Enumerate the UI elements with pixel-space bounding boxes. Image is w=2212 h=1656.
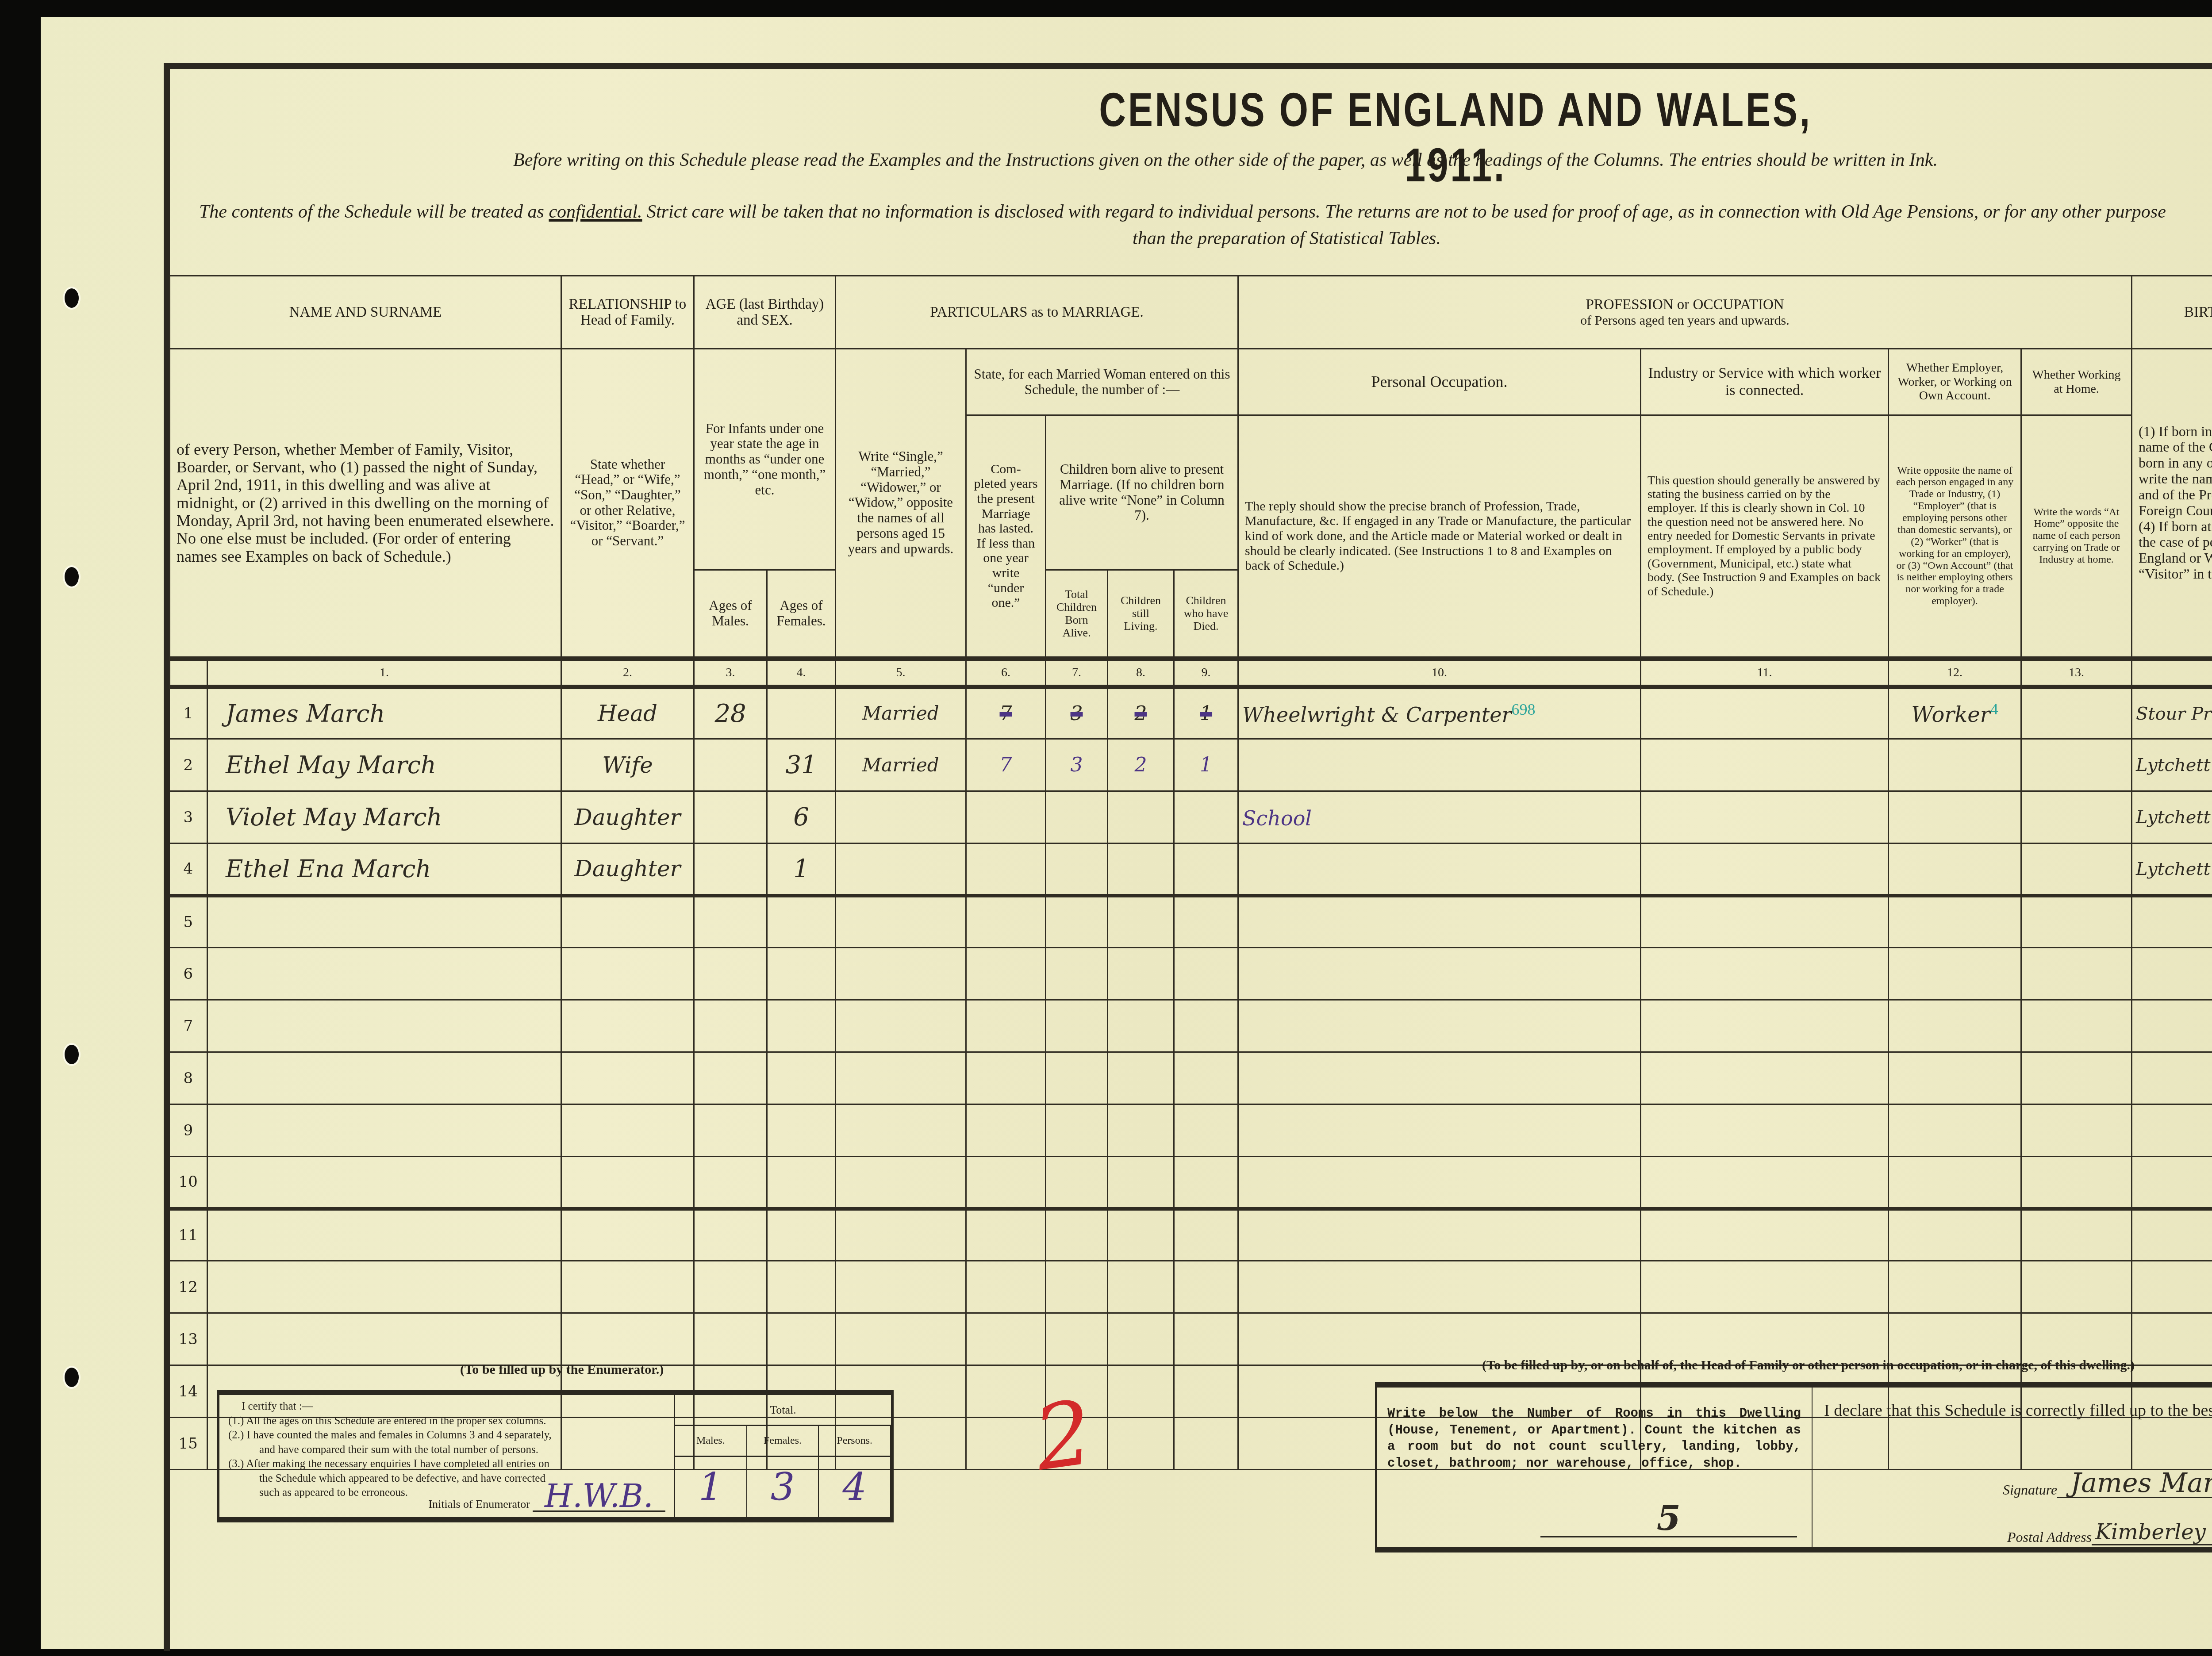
condition-instructions: Write “Single,” “Married,” “Widower,” or… bbox=[836, 349, 966, 659]
at-home-cell[interactable] bbox=[2021, 948, 2132, 1000]
marriage-years-instructions: Com- pleted years the present Marriage h… bbox=[966, 415, 1046, 659]
age-male-cell[interactable]: 28 bbox=[694, 687, 767, 739]
children-died-cell[interactable]: 1 bbox=[1174, 687, 1238, 739]
age-female-cell[interactable] bbox=[767, 1261, 836, 1313]
employer-status-cell[interactable] bbox=[1889, 1000, 2021, 1052]
condition-cell[interactable] bbox=[836, 1052, 966, 1104]
home-instructions: Write the words “At Home” opposite the n… bbox=[2021, 415, 2132, 659]
birthplace-cell[interactable] bbox=[2132, 896, 2212, 948]
condition-cell[interactable] bbox=[836, 1157, 966, 1209]
instruction-line: Before writing on this Schedule please r… bbox=[513, 149, 1938, 171]
marriage-years-cell[interactable] bbox=[966, 1104, 1046, 1157]
header-age: AGE (last Birthday) and SEX. bbox=[694, 276, 836, 349]
table-row: 4Ethel Ena MarchDaughter1Lytchett Matrav… bbox=[170, 843, 2212, 896]
occupation-cell[interactable] bbox=[1238, 1104, 1641, 1157]
age-male-cell[interactable] bbox=[694, 1313, 767, 1365]
occupation-cell[interactable] bbox=[1238, 948, 1641, 1000]
relationship-cell[interactable] bbox=[561, 948, 694, 1000]
header-ages-males: Ages of Males. bbox=[694, 570, 767, 659]
declaration-text: I declare that this Schedule is correctl… bbox=[1824, 1401, 2212, 1420]
industry-instructions: This question should generally be answer… bbox=[1641, 415, 1889, 659]
birthplace-cell[interactable] bbox=[2132, 1000, 2212, 1052]
children-born-cell[interactable] bbox=[1046, 843, 1108, 896]
occupation-cell[interactable] bbox=[1238, 1052, 1641, 1104]
at-home-cell[interactable] bbox=[2021, 1052, 2132, 1104]
age-male-cell[interactable] bbox=[694, 1052, 767, 1104]
children-instructions: Children born alive to present Marriage.… bbox=[1046, 415, 1238, 570]
punch-hole bbox=[63, 1043, 81, 1066]
children-living-cell[interactable] bbox=[1108, 948, 1174, 1000]
total-persons-field[interactable]: 4 bbox=[819, 1457, 891, 1517]
birthplace-cell[interactable]: Stour Provost Dorset bbox=[2132, 687, 2212, 739]
header-industry: Industry or Service with which worker is… bbox=[1641, 349, 1889, 415]
children-living-cell[interactable] bbox=[1108, 1104, 1174, 1157]
employer-status-cell[interactable] bbox=[1889, 1104, 2021, 1157]
table-row: 6 bbox=[170, 948, 2212, 1000]
relationship-cell[interactable]: Wife bbox=[561, 739, 694, 791]
children-living-cell[interactable] bbox=[1108, 1261, 1174, 1313]
children-living-cell[interactable] bbox=[1108, 1052, 1174, 1104]
occupation-instructions: The reply should show the precise branch… bbox=[1238, 415, 1641, 659]
table-row: 9 bbox=[170, 1104, 2212, 1157]
children-living-cell[interactable] bbox=[1108, 1000, 1174, 1052]
householder-section-label: (To be filled up by, or on behalf of, th… bbox=[1482, 1358, 2135, 1373]
age-male-cell[interactable] bbox=[694, 791, 767, 843]
total-females-field[interactable]: 3 bbox=[747, 1457, 819, 1517]
total-males-field[interactable]: 1 bbox=[675, 1457, 747, 1517]
name-cell[interactable]: Ethel Ena March bbox=[207, 843, 561, 896]
signature-field[interactable]: James March bbox=[2057, 1469, 2212, 1498]
at-home-cell[interactable] bbox=[2021, 739, 2132, 791]
industry-cell[interactable] bbox=[1641, 1000, 1889, 1052]
children-born-cell[interactable] bbox=[1046, 1313, 1108, 1365]
children-died-cell[interactable] bbox=[1174, 948, 1238, 1000]
condition-cell[interactable] bbox=[836, 1313, 966, 1365]
employer-status-cell[interactable] bbox=[1889, 739, 2021, 791]
row-number: 8 bbox=[170, 1052, 207, 1104]
occupation-cell[interactable] bbox=[1238, 843, 1641, 896]
name-cell[interactable]: Violet May March bbox=[207, 791, 561, 843]
table-row: 7 bbox=[170, 1000, 2212, 1052]
person-rows: 1James MarchHead28Married7321Wheelwright… bbox=[170, 687, 2212, 1470]
relationship-cell[interactable] bbox=[561, 1313, 694, 1365]
age-female-cell[interactable] bbox=[767, 948, 836, 1000]
table-row: 5 bbox=[170, 896, 2212, 948]
age-female-cell[interactable] bbox=[767, 1157, 836, 1209]
marriage-years-cell[interactable] bbox=[966, 896, 1046, 948]
row-number: 9 bbox=[170, 1104, 207, 1157]
age-female-cell[interactable] bbox=[767, 687, 836, 739]
children-died-cell[interactable] bbox=[1174, 1418, 1238, 1470]
relationship-cell[interactable] bbox=[561, 1157, 694, 1209]
name-cell[interactable] bbox=[207, 1261, 561, 1313]
age-male-cell[interactable] bbox=[694, 896, 767, 948]
children-living-cell[interactable] bbox=[1108, 843, 1174, 896]
birthplace-cell[interactable] bbox=[2132, 1104, 2212, 1157]
row-number: 12 bbox=[170, 1261, 207, 1313]
occupation-cell[interactable]: School bbox=[1238, 791, 1641, 843]
occupation-cell[interactable] bbox=[1238, 1313, 1641, 1365]
age-male-cell[interactable] bbox=[694, 1104, 767, 1157]
condition-cell[interactable] bbox=[836, 1261, 966, 1313]
children-died-cell[interactable] bbox=[1174, 1209, 1238, 1261]
at-home-cell[interactable] bbox=[2021, 687, 2132, 739]
occupation-cell[interactable] bbox=[1238, 896, 1641, 948]
punch-hole bbox=[63, 1366, 81, 1389]
relationship-cell[interactable]: Daughter bbox=[561, 791, 694, 843]
industry-cell[interactable] bbox=[1641, 687, 1889, 739]
children-living-cell[interactable] bbox=[1108, 896, 1174, 948]
employer-status-cell[interactable]: Worker4 bbox=[1889, 687, 2021, 739]
table-row: 1James MarchHead28Married7321Wheelwright… bbox=[170, 687, 2212, 739]
row-number: 6 bbox=[170, 948, 207, 1000]
age-female-cell[interactable] bbox=[767, 1209, 836, 1261]
confidential-emphasis: confidential. bbox=[549, 202, 642, 222]
at-home-cell[interactable] bbox=[2021, 1261, 2132, 1313]
header-still-living: Children still Living. bbox=[1108, 570, 1174, 659]
header-total-born: Total Children Born Alive. bbox=[1046, 570, 1108, 659]
children-living-cell[interactable] bbox=[1108, 1209, 1174, 1261]
relationship-cell[interactable]: Daughter bbox=[561, 843, 694, 896]
enumerator-section-label: (To be filled up by the Enumerator.) bbox=[460, 1362, 664, 1377]
age-female-cell[interactable]: 6 bbox=[767, 791, 836, 843]
name-cell[interactable] bbox=[207, 1000, 561, 1052]
name-cell[interactable] bbox=[207, 1209, 561, 1261]
employer-status-cell[interactable] bbox=[1889, 948, 2021, 1000]
children-died-cell[interactable] bbox=[1174, 1157, 1238, 1209]
employer-status-cell[interactable] bbox=[1889, 1052, 2021, 1104]
column-numbers-row: 1. 2. 3. 4. 5. 6. 7. 8. 9. 10. 11. 12. 1… bbox=[170, 659, 2212, 687]
age-male-cell[interactable] bbox=[694, 948, 767, 1000]
at-home-cell[interactable] bbox=[2021, 896, 2132, 948]
rooms-section: Write below the Number of Rooms in this … bbox=[1377, 1388, 1813, 1547]
age-male-cell[interactable] bbox=[694, 1209, 767, 1261]
age-female-cell[interactable] bbox=[767, 896, 836, 948]
birthplace-cell[interactable]: Lytchett Matravers Dorset bbox=[2132, 843, 2212, 896]
row-number: 7 bbox=[170, 1000, 207, 1052]
birthplace-cell[interactable]: Lytchett Matravers Dorset bbox=[2132, 791, 2212, 843]
name-cell[interactable] bbox=[207, 896, 561, 948]
relationship-cell[interactable] bbox=[561, 1261, 694, 1313]
employer-status-cell[interactable] bbox=[1889, 791, 2021, 843]
header-occupation: PROFESSION or OCCUPATIONof Persons aged … bbox=[1238, 276, 2132, 349]
name-cell[interactable]: Ethel May March bbox=[207, 739, 561, 791]
children-born-cell[interactable] bbox=[1046, 948, 1108, 1000]
children-born-cell[interactable]: 3 bbox=[1046, 739, 1108, 791]
condition-cell[interactable] bbox=[836, 896, 966, 948]
relationship-instructions: State whether “Head,” or “Wife,” “Son,” … bbox=[561, 349, 694, 659]
industry-cell[interactable] bbox=[1641, 1104, 1889, 1157]
age-female-cell[interactable] bbox=[767, 1104, 836, 1157]
table-row: 13 bbox=[170, 1313, 2212, 1365]
row-number: 3 bbox=[170, 791, 207, 843]
employer-instructions: Write opposite the name of each person e… bbox=[1889, 415, 2021, 659]
table-row: 12 bbox=[170, 1261, 2212, 1313]
children-living-cell[interactable]: 2 bbox=[1108, 739, 1174, 791]
relationship-cell[interactable] bbox=[561, 1052, 694, 1104]
householder-declaration: Write below the Number of Rooms in this … bbox=[1375, 1382, 2212, 1552]
age-male-cell[interactable] bbox=[694, 1000, 767, 1052]
relationship-cell[interactable] bbox=[561, 896, 694, 948]
children-died-cell[interactable] bbox=[1174, 1104, 1238, 1157]
name-cell[interactable] bbox=[207, 1157, 561, 1209]
age-female-cell[interactable] bbox=[767, 1052, 836, 1104]
age-female-cell[interactable]: 1 bbox=[767, 843, 836, 896]
condition-cell[interactable] bbox=[836, 1104, 966, 1157]
children-died-cell[interactable] bbox=[1174, 896, 1238, 948]
age-male-cell[interactable] bbox=[694, 739, 767, 791]
at-home-cell[interactable] bbox=[2021, 843, 2132, 896]
relationship-cell[interactable] bbox=[561, 1000, 694, 1052]
marriage-years-cell[interactable]: 7 bbox=[966, 687, 1046, 739]
birthplace-instructions: (1) If born in the United Kingdom, write… bbox=[2132, 349, 2212, 659]
children-died-cell[interactable] bbox=[1174, 1365, 1238, 1418]
condition-cell[interactable] bbox=[836, 791, 966, 843]
birthplace-cell[interactable]: Lytchett Matravers Dorset bbox=[2132, 739, 2212, 791]
children-living-cell[interactable] bbox=[1108, 1313, 1174, 1365]
industry-cell[interactable] bbox=[1641, 739, 1889, 791]
row-number: 13 bbox=[170, 1313, 207, 1365]
birthplace-cell[interactable] bbox=[2132, 948, 2212, 1000]
relationship-cell[interactable]: Head bbox=[561, 687, 694, 739]
marriage-years-cell[interactable] bbox=[966, 948, 1046, 1000]
relationship-cell[interactable] bbox=[561, 1104, 694, 1157]
employer-status-cell[interactable] bbox=[1889, 1157, 2021, 1209]
children-died-cell[interactable] bbox=[1174, 791, 1238, 843]
children-living-cell[interactable] bbox=[1108, 1157, 1174, 1209]
occupation-cell[interactable] bbox=[1238, 739, 1641, 791]
table-row: 10 bbox=[170, 1157, 2212, 1209]
children-living-cell[interactable]: 2 bbox=[1108, 687, 1174, 739]
industry-cell[interactable] bbox=[1641, 896, 1889, 948]
age-male-cell[interactable] bbox=[694, 1157, 767, 1209]
table-row: 3Violet May MarchDaughter6SchoolLytchett… bbox=[170, 791, 2212, 843]
row-number: 11 bbox=[170, 1209, 207, 1261]
marriage-years-cell[interactable] bbox=[966, 1209, 1046, 1261]
children-died-cell[interactable] bbox=[1174, 1313, 1238, 1365]
age-male-cell[interactable] bbox=[694, 1261, 767, 1313]
marriage-years-cell[interactable] bbox=[966, 791, 1046, 843]
marriage-years-cell[interactable] bbox=[966, 1261, 1046, 1313]
table-row: 8 bbox=[170, 1052, 2212, 1104]
header-employer-status: Whether Employer, Worker, or Working on … bbox=[1889, 349, 2021, 415]
condition-cell[interactable] bbox=[836, 1000, 966, 1052]
age-instructions: For Infants under one year state the age… bbox=[694, 349, 836, 570]
at-home-cell[interactable] bbox=[2021, 1000, 2132, 1052]
at-home-cell[interactable] bbox=[2021, 1104, 2132, 1157]
industry-cell[interactable] bbox=[1641, 1261, 1889, 1313]
children-died-cell[interactable] bbox=[1174, 1261, 1238, 1313]
row-number: 4 bbox=[170, 843, 207, 896]
employer-status-cell[interactable] bbox=[1889, 896, 2021, 948]
children-died-cell[interactable]: 1 bbox=[1174, 739, 1238, 791]
children-born-cell[interactable]: 3 bbox=[1046, 687, 1108, 739]
confidentiality-line: The contents of the Schedule will be tre… bbox=[199, 201, 2166, 222]
rooms-count-field[interactable]: 5 bbox=[1540, 1501, 1797, 1537]
industry-cell[interactable] bbox=[1641, 1209, 1889, 1261]
header-name: NAME AND SURNAME bbox=[170, 276, 561, 349]
married-woman-instructions: State, for each Married Woman entered on… bbox=[966, 349, 1238, 415]
row-number: 15 bbox=[170, 1418, 207, 1470]
name-cell[interactable] bbox=[207, 948, 561, 1000]
children-died-cell[interactable] bbox=[1174, 1000, 1238, 1052]
name-cell[interactable]: James March bbox=[207, 687, 561, 739]
name-instructions: of every Person, whether Member of Famil… bbox=[170, 349, 561, 659]
industry-cell[interactable] bbox=[1641, 791, 1889, 843]
header-working-at-home: Whether Working at Home. bbox=[2021, 349, 2132, 415]
children-living-cell[interactable] bbox=[1108, 1365, 1174, 1418]
condition-cell[interactable]: Married bbox=[836, 739, 966, 791]
condition-cell[interactable] bbox=[836, 843, 966, 896]
enumerator-certificate: I certify that :— (1.) All the ages on t… bbox=[217, 1390, 894, 1522]
row-number: 5 bbox=[170, 896, 207, 948]
children-born-cell[interactable] bbox=[1046, 1157, 1108, 1209]
children-born-cell[interactable] bbox=[1046, 1052, 1108, 1104]
children-living-cell[interactable] bbox=[1108, 1418, 1174, 1470]
marriage-years-cell[interactable] bbox=[966, 1157, 1046, 1209]
employer-status-cell[interactable] bbox=[1889, 843, 2021, 896]
age-female-cell[interactable] bbox=[767, 1000, 836, 1052]
occupation-cell[interactable] bbox=[1238, 1157, 1641, 1209]
industry-cell[interactable] bbox=[1641, 948, 1889, 1000]
punch-hole bbox=[63, 287, 81, 310]
header-relationship: RELATIONSHIP to Head of Family. bbox=[561, 276, 694, 349]
row-number: 1 bbox=[170, 687, 207, 739]
page-title: CENSUS OF ENGLAND AND WALES, 1911. bbox=[1059, 82, 1852, 192]
condition-cell[interactable] bbox=[836, 948, 966, 1000]
header-have-died: Children who have Died. bbox=[1174, 570, 1238, 659]
children-born-cell[interactable] bbox=[1046, 896, 1108, 948]
employer-status-cell[interactable] bbox=[1889, 1313, 2021, 1365]
children-born-cell[interactable] bbox=[1046, 1000, 1108, 1052]
employer-status-cell[interactable] bbox=[1889, 1261, 2021, 1313]
relationship-cell[interactable] bbox=[561, 1209, 694, 1261]
industry-cell[interactable] bbox=[1641, 1313, 1889, 1365]
table-row: 11 bbox=[170, 1209, 2212, 1261]
children-born-cell[interactable] bbox=[1046, 1104, 1108, 1157]
totals-table: Total. Males. Females. Persons. 1 3 4 bbox=[675, 1395, 891, 1517]
age-female-cell[interactable] bbox=[767, 1313, 836, 1365]
children-living-cell[interactable] bbox=[1108, 791, 1174, 843]
age-female-cell[interactable]: 31 bbox=[767, 739, 836, 791]
occupation-cell[interactable] bbox=[1238, 1000, 1641, 1052]
condition-cell[interactable]: Married bbox=[836, 687, 966, 739]
marriage-years-cell[interactable] bbox=[966, 1000, 1046, 1052]
occupation-code: 698 bbox=[1512, 701, 1536, 718]
children-born-cell[interactable] bbox=[1046, 1261, 1108, 1313]
header-ages-females: Ages of Females. bbox=[767, 570, 836, 659]
occupation-cell[interactable]: Wheelwright & Carpenter698 bbox=[1238, 687, 1641, 739]
header-marriage: PARTICULARS as to MARRIAGE. bbox=[836, 276, 1238, 349]
children-died-cell[interactable] bbox=[1174, 843, 1238, 896]
postal-address-field[interactable]: Kimberley Cottage Lytchett Matravers Nr.… bbox=[2092, 1520, 2212, 1545]
children-died-cell[interactable] bbox=[1174, 1052, 1238, 1104]
industry-cell[interactable] bbox=[1641, 1157, 1889, 1209]
row-number: 14 bbox=[170, 1365, 207, 1418]
census-table: NAME AND SURNAME RELATIONSHIP to Head of… bbox=[169, 275, 2212, 1470]
industry-cell[interactable] bbox=[1641, 843, 1889, 896]
at-home-cell[interactable] bbox=[2021, 1209, 2132, 1261]
at-home-cell[interactable] bbox=[2021, 791, 2132, 843]
name-cell[interactable] bbox=[207, 1052, 561, 1104]
at-home-cell[interactable] bbox=[2021, 1313, 2132, 1365]
condition-cell[interactable] bbox=[836, 1209, 966, 1261]
birthplace-cell[interactable] bbox=[2132, 1313, 2212, 1365]
enumerator-initials-field[interactable]: H.W.B. bbox=[533, 1481, 665, 1512]
occupation-cell[interactable] bbox=[1238, 1261, 1641, 1313]
birthplace-cell[interactable] bbox=[2132, 1261, 2212, 1313]
age-male-cell[interactable] bbox=[694, 843, 767, 896]
birthplace-cell[interactable] bbox=[2132, 1209, 2212, 1261]
header-personal-occupation: Personal Occupation. bbox=[1238, 349, 1641, 415]
marriage-years-cell[interactable] bbox=[966, 843, 1046, 896]
employer-status-cell[interactable] bbox=[1889, 1209, 2021, 1261]
industry-cell[interactable] bbox=[1641, 1052, 1889, 1104]
row-number: 2 bbox=[170, 739, 207, 791]
table-row: 2Ethel May MarchWife31Married7321Lytchet… bbox=[170, 739, 2212, 791]
at-home-cell[interactable] bbox=[2021, 1157, 2132, 1209]
name-cell[interactable] bbox=[207, 1313, 561, 1365]
marriage-years-cell[interactable]: 7 bbox=[966, 739, 1046, 791]
punch-hole bbox=[63, 565, 81, 588]
employer-code: 4 bbox=[1990, 700, 1998, 718]
instruction-line: than the preparation of Statistical Tabl… bbox=[1133, 228, 1441, 249]
header-birthplace: BIRTHPLACE of every person. bbox=[2132, 276, 2212, 349]
children-born-cell[interactable] bbox=[1046, 791, 1108, 843]
birthplace-cell[interactable] bbox=[2132, 1157, 2212, 1209]
name-cell[interactable] bbox=[207, 1104, 561, 1157]
marriage-years-cell[interactable] bbox=[966, 1052, 1046, 1104]
marriage-years-cell[interactable] bbox=[966, 1313, 1046, 1365]
row-number: 10 bbox=[170, 1157, 207, 1209]
birthplace-cell[interactable] bbox=[2132, 1052, 2212, 1104]
occupation-cell[interactable] bbox=[1238, 1209, 1641, 1261]
children-born-cell[interactable] bbox=[1046, 1209, 1108, 1261]
